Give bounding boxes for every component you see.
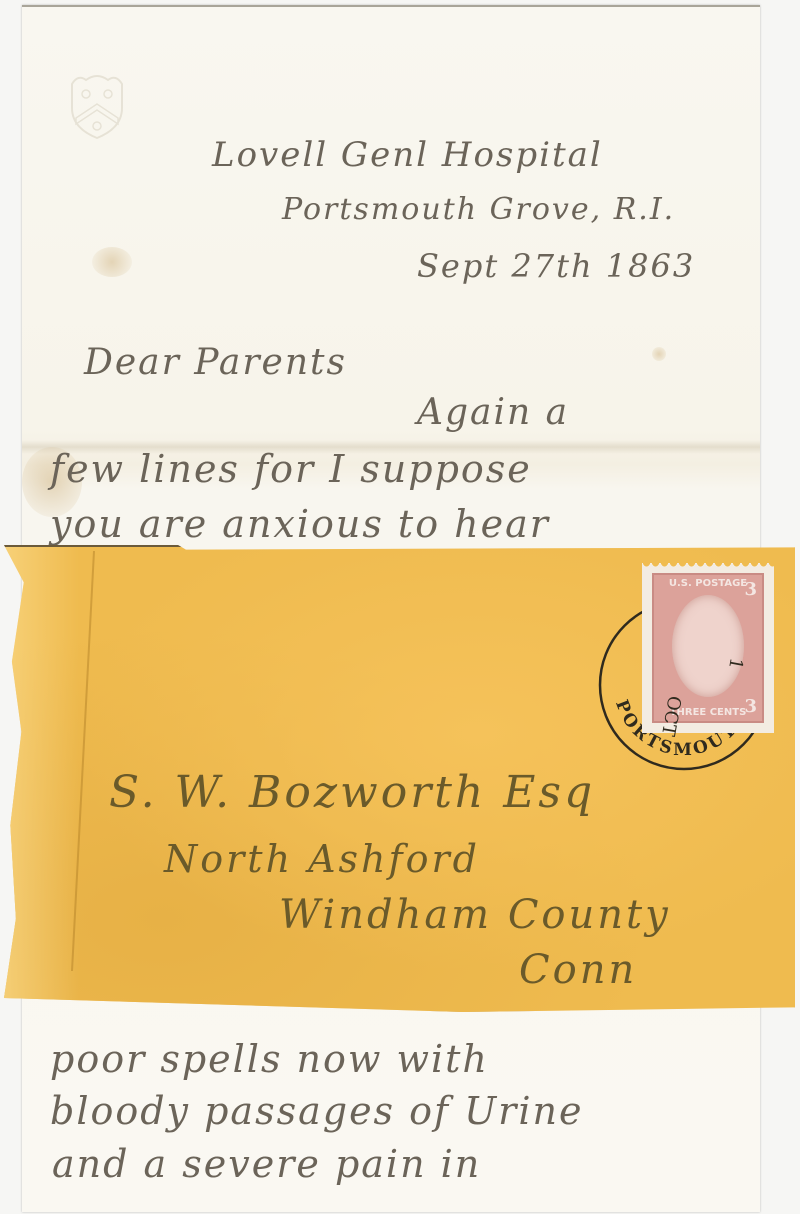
crest-icon	[64, 70, 130, 142]
letter-heading-line2: Portsmouth Grove, R.I.	[282, 192, 675, 227]
letter-body-line: and a severe pain in	[52, 1142, 481, 1186]
stamp-denomination: 3	[744, 579, 757, 600]
paper-stain	[92, 247, 132, 277]
letter-date: Sept 27th 1863	[417, 247, 695, 285]
address-line-county: Windham County	[279, 892, 671, 938]
letter-body-line: Again a	[417, 392, 569, 433]
letter-body-line: poor spells now with	[50, 1037, 489, 1081]
letter-body-line: few lines for I suppose	[50, 447, 532, 491]
letter-body-line: you are anxious to hear	[50, 502, 550, 546]
svg-text:1: 1	[724, 656, 747, 671]
postmark-date-icon: OCT 1	[639, 607, 779, 737]
address-line-name: S. W. Bozworth Esq	[109, 767, 595, 818]
paper-stain	[652, 347, 666, 361]
letter-heading-line1: Lovell Genl Hospital	[212, 135, 603, 175]
address-line-town: North Ashford	[164, 837, 480, 881]
svg-text:OCT: OCT	[657, 694, 685, 737]
letter-body-line: bloody passages of Urine	[50, 1089, 583, 1133]
envelope: PORTSMOUTH GROVE R.I. U.S. POSTAGE 3 THR…	[4, 545, 795, 1012]
address-line-state: Conn	[519, 947, 637, 993]
letter-salutation: Dear Parents	[84, 342, 347, 383]
torn-edge	[4, 547, 79, 1012]
